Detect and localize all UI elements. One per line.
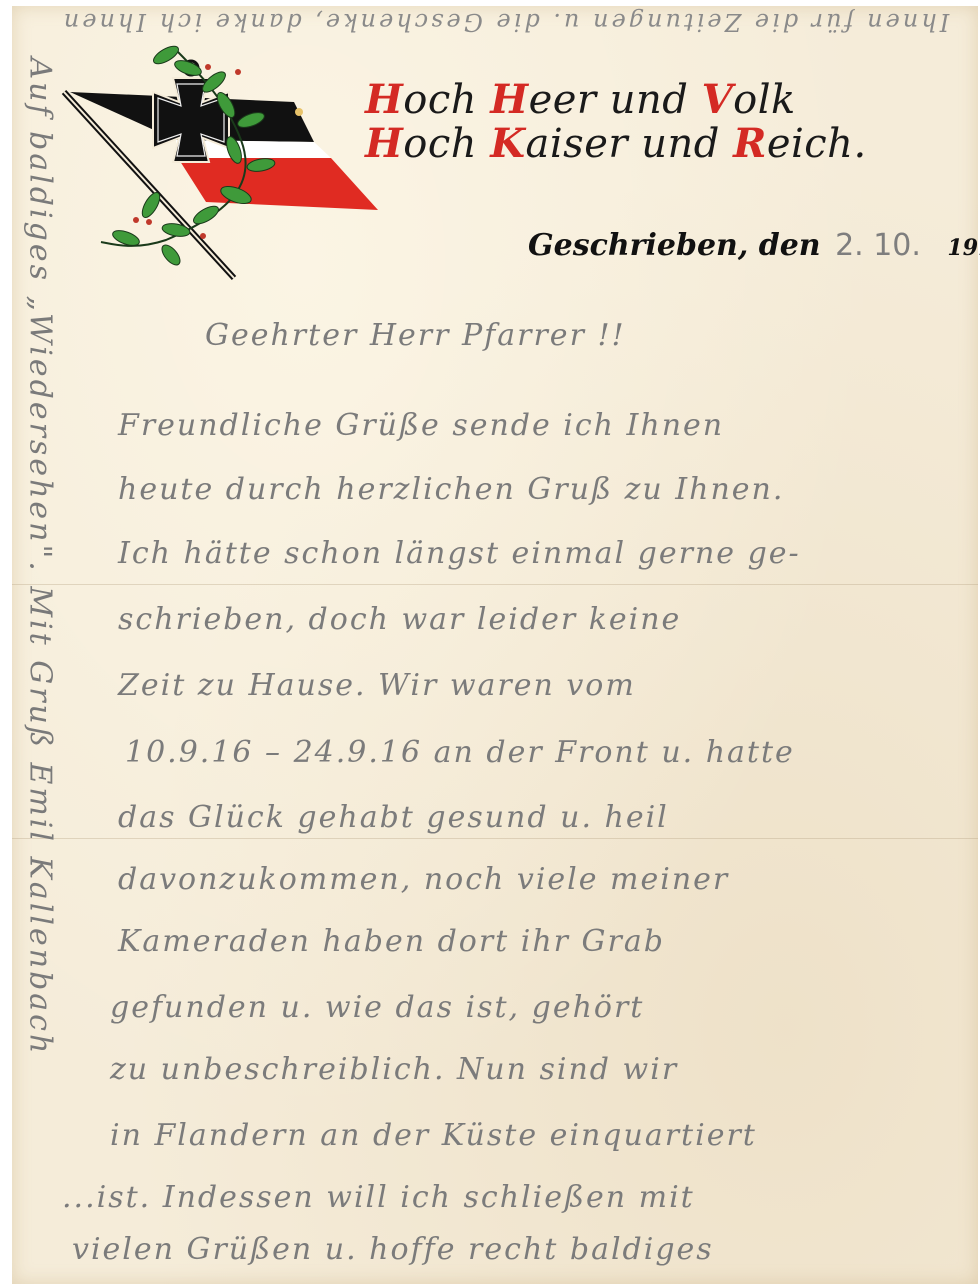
- body-line: Kameraden haben dort ihr Grab: [118, 924, 665, 959]
- body-line: schrieben, doch war leider keine: [118, 602, 681, 637]
- motto-initial: K: [490, 120, 525, 167]
- printed-motto: Hoch Heer und Volk Hoch Kaiser und Reich…: [365, 78, 925, 166]
- handwritten-date: 2. 10.: [835, 228, 921, 263]
- motto-initial: H: [365, 120, 403, 167]
- body-line: zu unbeschreiblich. Nun sind wir: [110, 1052, 678, 1087]
- motto-word: och: [403, 121, 490, 167]
- flag-iron-cross-emblem: [56, 30, 386, 290]
- fold-line: [12, 838, 978, 839]
- dateline: Geschrieben, den 2. 10. 1916: [528, 228, 980, 263]
- dateline-prefix: Geschrieben, den: [528, 228, 821, 263]
- fold-line: [12, 584, 978, 585]
- body-line: Zeit zu Hause. Wir waren vom: [118, 668, 636, 703]
- body-line: Freundliche Grüße sende ich Ihnen: [118, 408, 724, 443]
- motto-word: och: [403, 77, 490, 123]
- left-margin-note: Auf baldiges „Wiedersehen". Mit Gruß Emi…: [23, 58, 58, 1258]
- body-line: 10.9.16 – 24.9.16 an der Front u. hatte: [125, 735, 795, 770]
- motto-word: olk: [733, 77, 796, 123]
- motto-word: aiser und: [526, 121, 734, 167]
- motto-initial: H: [365, 76, 403, 123]
- motto-line-2: Hoch Kaiser und Reich.: [365, 122, 925, 166]
- body-line: in Flandern an der Küste einquartiert: [110, 1118, 757, 1153]
- motto-initial: V: [702, 76, 734, 123]
- motto-line-1: Hoch Heer und Volk: [365, 78, 925, 122]
- body-line: heute durch herzlichen Gruß zu Ihnen.: [118, 472, 784, 507]
- body-line: das Glück gehabt gesund u. heil: [118, 800, 669, 835]
- body-line: gefunden u. wie das ist, gehört: [110, 990, 644, 1025]
- body-line: vielen Grüßen u. hoffe recht baldiges: [72, 1232, 714, 1267]
- motto-word: eer und: [529, 77, 702, 123]
- salutation: Geehrter Herr Pfarrer !!: [205, 318, 626, 353]
- body-line: Ich hätte schon längst einmal gerne ge-: [118, 536, 801, 571]
- body-line: ...ist. Indessen will ich schließen mit: [62, 1180, 695, 1215]
- body-line: davonzukommen, noch viele meiner: [118, 862, 729, 897]
- printed-year: 1916: [947, 235, 980, 261]
- motto-initial: R: [733, 120, 767, 167]
- motto-initial: H: [490, 76, 528, 123]
- motto-word: eich.: [767, 121, 867, 167]
